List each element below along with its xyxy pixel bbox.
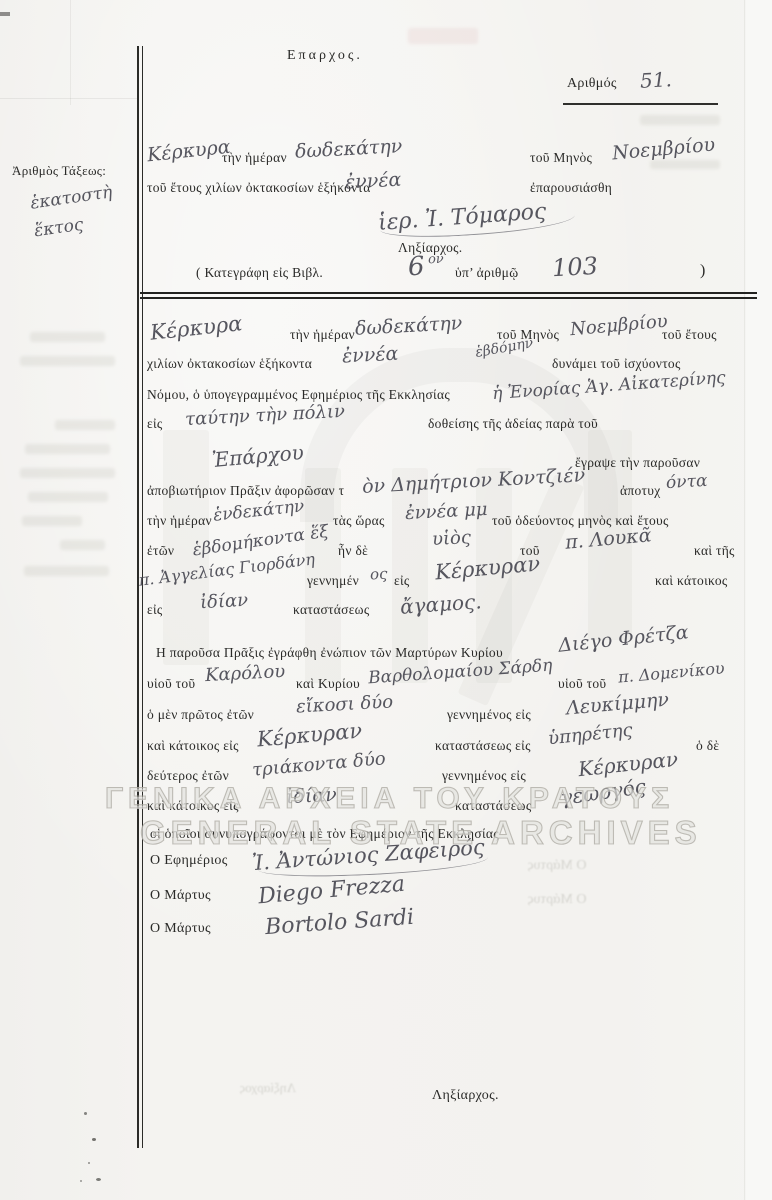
- witness1-father-entry: Καρόλου: [205, 661, 286, 686]
- at-label: εἰς: [147, 416, 163, 432]
- witness1-status-label: καταστάσεως εἰς: [435, 738, 531, 754]
- page-heading: Επαρχος.: [287, 48, 363, 64]
- witnesses-intro-label: Η παροῦσα Πρᾶξις ἐγράφθη ἐνώπιον τῶν Μαρ…: [156, 645, 503, 661]
- scanned-death-record-page: Ο Μάρτυς Ο Μάρτυς Ληξίαρχος Επαρχος. Αρι…: [0, 0, 772, 1200]
- ink-stamp-bleed: [408, 28, 478, 44]
- paper-crease: [70, 0, 71, 105]
- witness1-son-of-label: υἱοῦ τοῦ: [147, 676, 195, 692]
- residence-entry: ἰδίαν: [199, 590, 248, 613]
- act-day-entry: δωδεκάτην: [354, 312, 462, 340]
- section-double-rule: [140, 292, 757, 299]
- witness2-signature-label: Ο Μάρτυς: [150, 921, 211, 937]
- relation-entry: υἱὸς: [431, 527, 471, 550]
- registration-number-entry: 103: [551, 252, 598, 282]
- hours-entry: ἐννέα μμ: [405, 499, 488, 524]
- book-number-entry: 6: [407, 252, 425, 283]
- act-day-label: τὴν ἡμέραν: [290, 327, 355, 343]
- act-place-entry: Κέρκυρα: [149, 311, 243, 345]
- paper-crease: [0, 98, 138, 99]
- law-label: δυνάμει τοῦ ἰσχύοντος: [552, 356, 681, 372]
- document-number-entry: 51.: [639, 67, 672, 93]
- registrar-signature-line-label: Ληξίαρχος.: [432, 1088, 499, 1104]
- archive-watermark-english: GENERAL STATE ARCHIVES: [140, 814, 702, 852]
- bleed-through-text: [25, 444, 110, 454]
- bleed-through-text: [30, 332, 105, 342]
- recorded-in-book-label: ( Κατεγράφη εἰς Βιβλ.: [196, 265, 323, 281]
- died-suffix-entry: όντα: [666, 471, 708, 493]
- order-number-entry: ἑκατοστὴ: [29, 182, 114, 213]
- paper-edge: [746, 0, 772, 1200]
- bleed-through-text: Ο Μάρτυς: [528, 858, 586, 874]
- witness1-signature: Diego Frezza: [257, 872, 406, 910]
- witness1-residence-entry: Κέρκυραν: [256, 718, 363, 751]
- priest-church-label: Νόμου, ὁ ὑπογεγραμμένος Εφημέριος τῆς Εκ…: [147, 387, 450, 403]
- scan-artifact: [0, 12, 10, 16]
- witness2-son-of-label: υἱοῦ τοῦ: [558, 676, 606, 692]
- ink-speckle: [92, 1138, 96, 1141]
- bleed-through-text: [22, 516, 82, 526]
- witness1-status-entry: ὑπηρέτης: [547, 720, 633, 750]
- witness1-resident-label: καὶ κάτοικος εἰς: [147, 738, 239, 754]
- bleed-through-text: [20, 356, 115, 366]
- resident-at-label: εἰς: [147, 602, 163, 618]
- resident-label: καὶ κάτοικος: [655, 573, 728, 589]
- born-label: γεννημέν: [307, 573, 359, 589]
- presented-label: ἐπαρουσιάσθη: [530, 180, 612, 196]
- bleed-through-text: [650, 160, 720, 169]
- archive-watermark-greek: ΓΕΝΙΚΑ ΑΡΧΕΙΑ ΤΟΥ ΚΡΑΤΟΥΣ: [105, 782, 674, 816]
- margin-double-rule: [137, 46, 143, 1148]
- bleed-through-text: [55, 420, 115, 430]
- recorded-close-paren: ): [700, 262, 706, 280]
- order-number-entry: ἕκτος: [33, 215, 85, 242]
- bleed-through-text: [20, 468, 115, 478]
- and-mr-label: καὶ Κυρίου: [296, 676, 360, 692]
- ink-speckle: [84, 1112, 87, 1115]
- permission-label: δοθείσης τῆς ἀδείας παρὰ τοῦ: [428, 416, 598, 432]
- was-label: ἦν δὲ: [338, 543, 368, 559]
- status-label: καταστάσεως: [293, 602, 370, 618]
- authority-entry: Ἐπάρχου: [211, 440, 305, 472]
- ink-speckle: [96, 1178, 101, 1181]
- act-year-entry: ἐννέα: [341, 343, 398, 368]
- born-at-label: εἰς: [394, 573, 410, 589]
- witness1-age-entry: εἴκοσι δύο: [296, 691, 394, 717]
- died-label: ἀποτυχ: [620, 483, 661, 499]
- act-year-label-2: χιλίων ὀκτακοσίων ἑξήκοντα: [147, 356, 312, 372]
- age-label: ἐτῶν: [147, 543, 174, 559]
- second-witness-intro-label: ὁ δὲ: [696, 738, 719, 754]
- presentation-day-label: τὴν ἡμέραν: [222, 150, 287, 166]
- ink-speckle: [80, 1180, 82, 1182]
- witness2-father-entry: π. Δομενίκου: [617, 658, 725, 686]
- witness1-born-label: γεννημένος εἰς: [447, 707, 531, 723]
- witness2-signature: Bortolo Sardi: [264, 905, 415, 940]
- wrote-label: ἔγραψε τὴν παροῦσαν: [575, 455, 700, 471]
- under-number-label: ὑπ’ ἀριθμῷ: [455, 265, 518, 281]
- bleed-through-text: [24, 566, 109, 576]
- bleed-through-text: Ο Μάρτυς: [528, 892, 586, 908]
- act-month-entry: Νοεμβρίου: [569, 311, 668, 340]
- death-day-entry: ἑνδεκάτην: [212, 496, 305, 525]
- presentation-day-entry: δωδεκάτην: [294, 135, 402, 163]
- act-year-label-1: τοῦ ἔτους: [662, 327, 717, 343]
- document-number-label: Αριθμός: [567, 76, 617, 92]
- hours-label: τὰς ὥρας: [333, 513, 385, 529]
- paper-fold-line: [744, 0, 745, 1200]
- presentation-year-entry: ἐννέα: [344, 169, 401, 194]
- bleed-through-text: [640, 115, 720, 125]
- death-day-label: τὴν ἡμέραν: [147, 513, 212, 529]
- born-gender-suffix-entry: ος: [370, 565, 388, 584]
- presentation-year-label: τοῦ ἔτους χιλίων ὀκτακοσίων ἑξήκοντα: [147, 180, 371, 196]
- number-underline: [563, 103, 718, 105]
- witness2-age-entry: τριάκοντα δύο: [251, 748, 386, 781]
- book-number-suffix-entry: ον: [428, 252, 444, 268]
- presentation-place-entry: Κέρκυρα: [146, 136, 231, 167]
- act-month-label: τοῦ Μηνὸς: [497, 327, 559, 343]
- witness1-birthplace-entry: Λευκίμμην: [565, 689, 670, 720]
- bleed-through-text: [60, 540, 105, 550]
- bleed-through-text: Ληξίαρχος: [240, 1080, 296, 1096]
- ink-speckle: [88, 1162, 90, 1164]
- and-of-label: καὶ τῆς: [694, 543, 735, 559]
- order-number-label: Ἀριθμὸς Τάξεως:: [12, 163, 106, 179]
- bleed-through-text: [28, 492, 108, 502]
- status-entry: ἄγαμος.: [399, 589, 482, 619]
- witness1-age-label: ὁ μὲν πρῶτος ἐτῶν: [147, 707, 254, 723]
- act-type-label: ἀποβιωτήριον Πρᾶξιν ἀφορῶσαν τ: [147, 483, 344, 499]
- witness1-signature-label: Ο Μάρτυς: [150, 888, 211, 904]
- presentation-month-label: τοῦ Μηνὸς: [530, 150, 592, 166]
- priest-signature-label: Ο Εφημέριος: [150, 853, 228, 869]
